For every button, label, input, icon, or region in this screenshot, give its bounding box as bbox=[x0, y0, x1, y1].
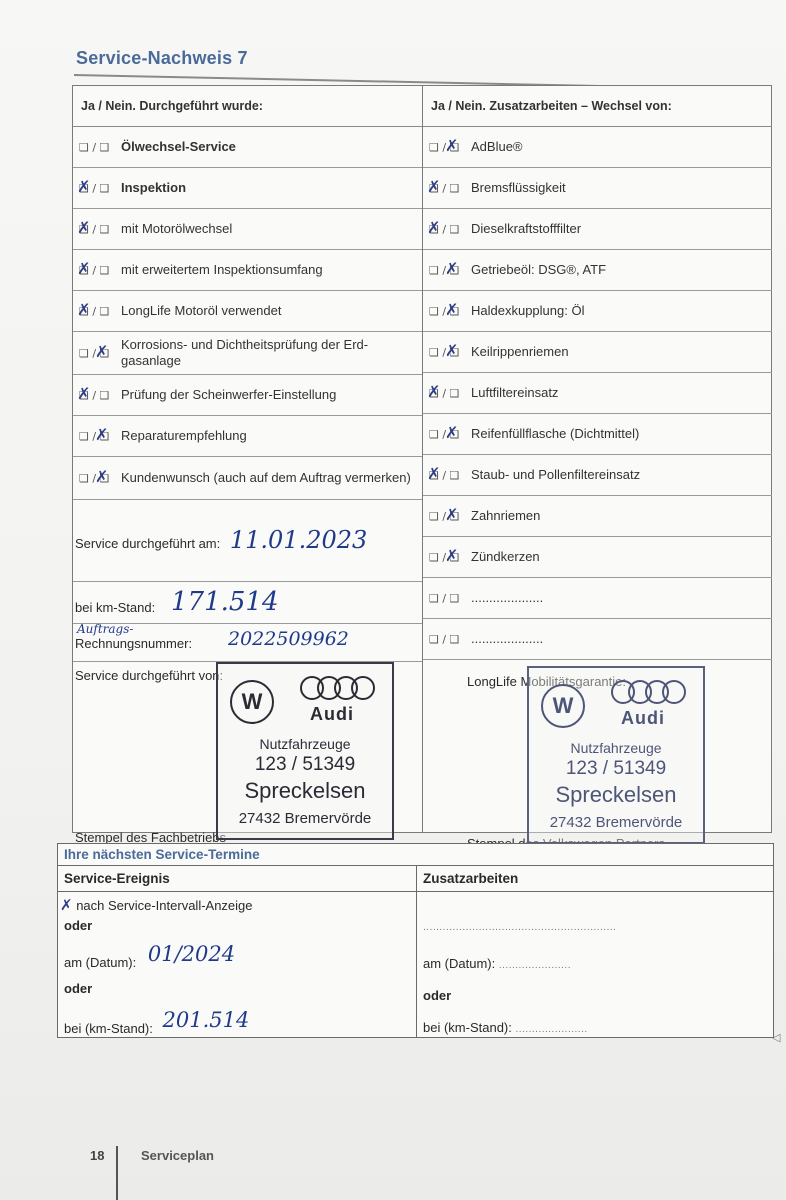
additional-item-row: ❑ / ❑✗Haldexkupplung: Öl bbox=[423, 291, 772, 332]
performed-item-label: Kundenwunsch (auch auf dem Auftrag verme… bbox=[121, 470, 411, 486]
checkmark-icon: ✗ bbox=[77, 384, 90, 403]
next-date-value[interactable]: 01/2024 bbox=[148, 942, 235, 966]
checkmark-icon: ✗ bbox=[95, 425, 108, 444]
yes-no-checkbox[interactable]: ❑ / ❑✗ bbox=[79, 305, 121, 318]
additional-item-row: ❑ / ❑✗AdBlue® bbox=[423, 127, 772, 168]
yes-no-checkbox[interactable]: ❑ / ❑✗ bbox=[429, 510, 471, 523]
vw-logo-icon: W bbox=[541, 684, 585, 728]
km-field: bei km-Stand: 171.514 bbox=[73, 582, 422, 624]
yes-no-checkbox[interactable]: ❑ / ❑✗ bbox=[429, 182, 471, 195]
partner-stamp: W Audi Nutzfahrzeuge 123 / 51349 Sprecke… bbox=[527, 666, 705, 844]
performed-item-label: mit erweitertem Inspektionsumfang bbox=[121, 262, 323, 278]
stamp-line3: Spreckelsen bbox=[218, 778, 392, 804]
performed-item-row: ❑ / ❑✗Inspektion bbox=[73, 168, 422, 209]
invoice-value[interactable]: 2022509962 bbox=[228, 628, 349, 650]
additional-km-dots: ...................... bbox=[516, 1024, 588, 1035]
additional-item-label: Dieselkraftstofffilter bbox=[471, 221, 581, 237]
performed-item-label: Inspektion bbox=[121, 180, 186, 196]
service-book-page: Service-Nachweis 7 Ja / Nein. Durchgefüh… bbox=[0, 0, 786, 1200]
yes-no-checkbox[interactable]: ❑ / ❑✗ bbox=[79, 430, 121, 443]
additional-item-row: ❑ / ❑✗Staub- und Pollenfiltereinsatz bbox=[423, 455, 772, 496]
additional-item-label: AdBlue® bbox=[471, 139, 523, 155]
additional-item-row: ❑ / ❑✗Keilrippenriemen bbox=[423, 332, 772, 373]
additional-item-row: ❑ / ❑✗Zahnriemen bbox=[423, 496, 772, 537]
stamp-line1: Nutzfahrzeuge bbox=[529, 740, 703, 756]
performed-item-row: ❑ / ❑✗LongLife Motoröl verwendet bbox=[73, 291, 422, 332]
additional-item-label: Zündkerzen bbox=[471, 549, 540, 565]
or-label-2: oder bbox=[58, 981, 92, 996]
performed-item-row: ❑ / ❑✗mit erweitertem Inspektionsumfang bbox=[73, 250, 422, 291]
performed-column: Ja / Nein. Durchgeführt wurde: ❑ / ❑Ölwe… bbox=[73, 86, 423, 832]
page-number: 18 bbox=[90, 1148, 104, 1163]
checkmark-icon: ✗ bbox=[60, 896, 73, 914]
additional-item-row: ❑ / ❑✗Reifenfüllflasche (Dichtmittel) bbox=[423, 414, 772, 455]
performed-by-label: Service durchgeführt von: bbox=[75, 668, 223, 683]
performed-item-label: Prüfung der Scheinwerfer-Einstellung bbox=[121, 387, 336, 403]
performed-item-label: Korrosions- und Dichtheitsprüfung der Er… bbox=[121, 337, 422, 369]
stamp-line1: Nutzfahrzeuge bbox=[218, 736, 392, 752]
additional-item-label: Haldexkupplung: Öl bbox=[471, 303, 584, 319]
invoice-label: Rechnungsnummer: bbox=[75, 636, 192, 651]
checkmark-icon: ✗ bbox=[77, 218, 90, 237]
performed-item-row: ❑ / ❑✗Kundenwunsch (auch auf dem Auftrag… bbox=[73, 457, 422, 500]
performed-item-label: mit Motorölwechsel bbox=[121, 221, 232, 237]
checkmark-icon: ✗ bbox=[77, 300, 90, 319]
audi-wordmark: Audi bbox=[310, 704, 354, 725]
checkmark-icon: ✗ bbox=[95, 467, 108, 486]
additional-work-blank[interactable]: ........................................… bbox=[417, 922, 616, 933]
km-label: bei km-Stand: bbox=[75, 600, 155, 615]
yes-no-checkbox[interactable]: ❑ / ❑ bbox=[79, 141, 121, 154]
additional-km-label: bei (km-Stand): bbox=[423, 1020, 512, 1035]
service-event-header: Service-Ereignis bbox=[58, 866, 416, 892]
additional-km-field[interactable]: bei (km-Stand): ...................... bbox=[417, 1020, 588, 1035]
interval-option[interactable]: ✗ nach Service-Intervall-Anzeige bbox=[58, 896, 253, 914]
additional-work-next-header: Zusatzarbeiten bbox=[417, 866, 773, 892]
checkmark-icon: ✗ bbox=[77, 177, 90, 196]
yes-no-checkbox[interactable]: ❑ / ❑ bbox=[429, 592, 471, 605]
stamp-line3: Spreckelsen bbox=[529, 782, 703, 808]
yes-no-checkbox[interactable]: ❑ / ❑ bbox=[429, 633, 471, 646]
yes-no-checkbox[interactable]: ❑ / ❑✗ bbox=[79, 472, 121, 485]
partner-stamp-area: LongLife Mobilitätsgarantie: Stempel des… bbox=[423, 660, 772, 860]
checkmark-icon: ✗ bbox=[445, 341, 458, 360]
checkmark-icon: ✗ bbox=[427, 464, 440, 483]
service-date-field: Service durchgeführt am: 11.01.2023 bbox=[73, 500, 422, 582]
checkmark-icon: ✗ bbox=[95, 342, 108, 361]
performed-item-row: ❑ / ❑Ölwechsel-Service bbox=[73, 127, 422, 168]
vw-logo-icon: W bbox=[230, 680, 274, 724]
yes-no-checkbox[interactable]: ❑ / ❑✗ bbox=[429, 428, 471, 441]
next-date-label: am (Datum): bbox=[64, 955, 136, 970]
yes-no-checkbox[interactable]: ❑ / ❑✗ bbox=[429, 387, 471, 400]
next-km-value[interactable]: 201.514 bbox=[163, 1008, 250, 1032]
additional-item-row: ❑ / ❑✗Bremsflüssigkeit bbox=[423, 168, 772, 209]
yes-no-checkbox[interactable]: ❑ / ❑✗ bbox=[429, 305, 471, 318]
service-record-table: Ja / Nein. Durchgeführt wurde: ❑ / ❑Ölwe… bbox=[72, 85, 772, 833]
checkmark-icon: ✗ bbox=[427, 382, 440, 401]
additional-item-label: Getriebeöl: DSG®, ATF bbox=[471, 262, 606, 278]
additional-item-row: ❑ / ❑.................... bbox=[423, 578, 772, 619]
yes-no-checkbox[interactable]: ❑ / ❑✗ bbox=[79, 264, 121, 277]
checkmark-icon: ✗ bbox=[445, 505, 458, 524]
or-label: oder bbox=[58, 918, 92, 933]
yes-no-checkbox[interactable]: ❑ / ❑✗ bbox=[429, 223, 471, 236]
additional-item-label: Staub- und Pollenfiltereinsatz bbox=[471, 467, 640, 483]
performed-item-label: LongLife Motoröl verwendet bbox=[121, 303, 281, 319]
checkmark-icon: ✗ bbox=[427, 177, 440, 196]
yes-no-checkbox[interactable]: ❑ / ❑✗ bbox=[429, 141, 471, 154]
performed-item-row: ❑ / ❑✗mit Motorölwechsel bbox=[73, 209, 422, 250]
additional-work-column: Ja / Nein. Zusatzarbeiten – Wechsel von:… bbox=[423, 86, 772, 832]
performed-item-label: Reparaturempfehlung bbox=[121, 428, 247, 444]
audi-rings-icon bbox=[300, 676, 376, 700]
yes-no-checkbox[interactable]: ❑ / ❑✗ bbox=[79, 389, 121, 402]
checkmark-icon: ✗ bbox=[445, 136, 458, 155]
additional-date-field[interactable]: am (Datum): ...................... bbox=[417, 956, 571, 971]
stamp-line2: 123 / 51349 bbox=[529, 758, 703, 780]
checkmark-icon: ✗ bbox=[445, 423, 458, 442]
km-value[interactable]: 171.514 bbox=[171, 587, 279, 617]
additional-or-label: oder bbox=[417, 988, 451, 1003]
checkmark-icon: ✗ bbox=[77, 259, 90, 278]
additional-item-row: ❑ / ❑✗Dieselkraftstofffilter bbox=[423, 209, 772, 250]
additional-work-header: Ja / Nein. Zusatzarbeiten – Wechsel von: bbox=[423, 86, 772, 127]
additional-work-next-column: Zusatzarbeiten .........................… bbox=[417, 866, 773, 1037]
audi-wordmark: Audi bbox=[621, 708, 665, 729]
additional-item-row: ❑ / ❑✗Luftfiltereinsatz bbox=[423, 373, 772, 414]
dealer-stamp: W Audi Nutzfahrzeuge 123 / 51349 Sprecke… bbox=[216, 662, 394, 840]
checkmark-icon: ✗ bbox=[427, 218, 440, 237]
checkmark-icon: ✗ bbox=[445, 300, 458, 319]
additional-item-label: Bremsflüssigkeit bbox=[471, 180, 566, 196]
performed-item-row: ❑ / ❑✗Korrosions- und Dichtheitsprüfung … bbox=[73, 332, 422, 375]
next-km-field: bei (km-Stand): 201.514 bbox=[58, 1014, 249, 1038]
page-turn-arrow-icon: ◁ bbox=[772, 1031, 780, 1044]
additional-item-label: Zahnriemen bbox=[471, 508, 540, 524]
yes-no-checkbox[interactable]: ❑ / ❑✗ bbox=[429, 469, 471, 482]
performed-header: Ja / Nein. Durchgeführt wurde: bbox=[73, 86, 422, 127]
next-km-label: bei (km-Stand): bbox=[64, 1021, 153, 1036]
additional-item-label: Luftfiltereinsatz bbox=[471, 385, 558, 401]
additional-item-label: .................... bbox=[471, 631, 543, 647]
stamp-line2: 123 / 51349 bbox=[218, 754, 392, 776]
additional-date-label: am (Datum): bbox=[423, 956, 495, 971]
performed-item-row: ❑ / ❑✗Reparaturempfehlung bbox=[73, 416, 422, 457]
stamp-line4: 27432 Bremervörde bbox=[218, 810, 392, 827]
yes-no-checkbox[interactable]: ❑ / ❑✗ bbox=[429, 346, 471, 359]
interval-label: nach Service-Intervall-Anzeige bbox=[76, 898, 252, 913]
additional-item-label: .................... bbox=[471, 590, 543, 606]
audi-rings-icon bbox=[611, 680, 687, 704]
next-date-field: am (Datum): 01/2024 bbox=[58, 948, 235, 972]
checkmark-icon: ✗ bbox=[445, 546, 458, 565]
additional-date-dots: ...................... bbox=[499, 960, 571, 971]
yes-no-checkbox[interactable]: ❑ / ❑✗ bbox=[79, 347, 121, 360]
service-date-value[interactable]: 11.01.2023 bbox=[230, 526, 367, 554]
footer-divider bbox=[116, 1146, 118, 1200]
yes-no-checkbox[interactable]: ❑ / ❑✗ bbox=[79, 223, 121, 236]
additional-item-row: ❑ / ❑✗Zündkerzen bbox=[423, 537, 772, 578]
yes-no-checkbox[interactable]: ❑ / ❑✗ bbox=[79, 182, 121, 195]
service-event-column: Service-Ereignis ✗ nach Service-Interval… bbox=[58, 866, 417, 1037]
additional-item-row: ❑ / ❑.................... bbox=[423, 619, 772, 660]
additional-item-label: Reifenfüllflasche (Dichtmittel) bbox=[471, 426, 639, 442]
dealer-stamp-area: Service durchgeführt von: Stempel des Fa… bbox=[73, 662, 422, 856]
invoice-number-field: Auftrags- Rechnungsnummer: 2022509962 bbox=[73, 624, 422, 662]
stamp-line4: 27432 Bremervörde bbox=[529, 814, 703, 831]
yes-no-checkbox[interactable]: ❑ / ❑✗ bbox=[429, 551, 471, 564]
service-date-label: Service durchgeführt am: bbox=[73, 536, 220, 551]
yes-no-checkbox[interactable]: ❑ / ❑✗ bbox=[429, 264, 471, 277]
invoice-prefix-handwritten: Auftrags- bbox=[77, 622, 133, 636]
footer-section: Serviceplan bbox=[141, 1148, 214, 1163]
next-service-table: Ihre nächsten Service-Termine Service-Er… bbox=[57, 843, 774, 1038]
page-title: Service-Nachweis 7 bbox=[76, 48, 248, 69]
checkmark-icon: ✗ bbox=[445, 259, 458, 278]
performed-item-row: ❑ / ❑✗Prüfung der Scheinwerfer-Einstellu… bbox=[73, 375, 422, 416]
additional-item-row: ❑ / ❑✗Getriebeöl: DSG®, ATF bbox=[423, 250, 772, 291]
next-service-title: Ihre nächsten Service-Termine bbox=[58, 844, 773, 866]
additional-item-label: Keilrippenriemen bbox=[471, 344, 569, 360]
performed-item-label: Ölwechsel-Service bbox=[121, 139, 236, 155]
